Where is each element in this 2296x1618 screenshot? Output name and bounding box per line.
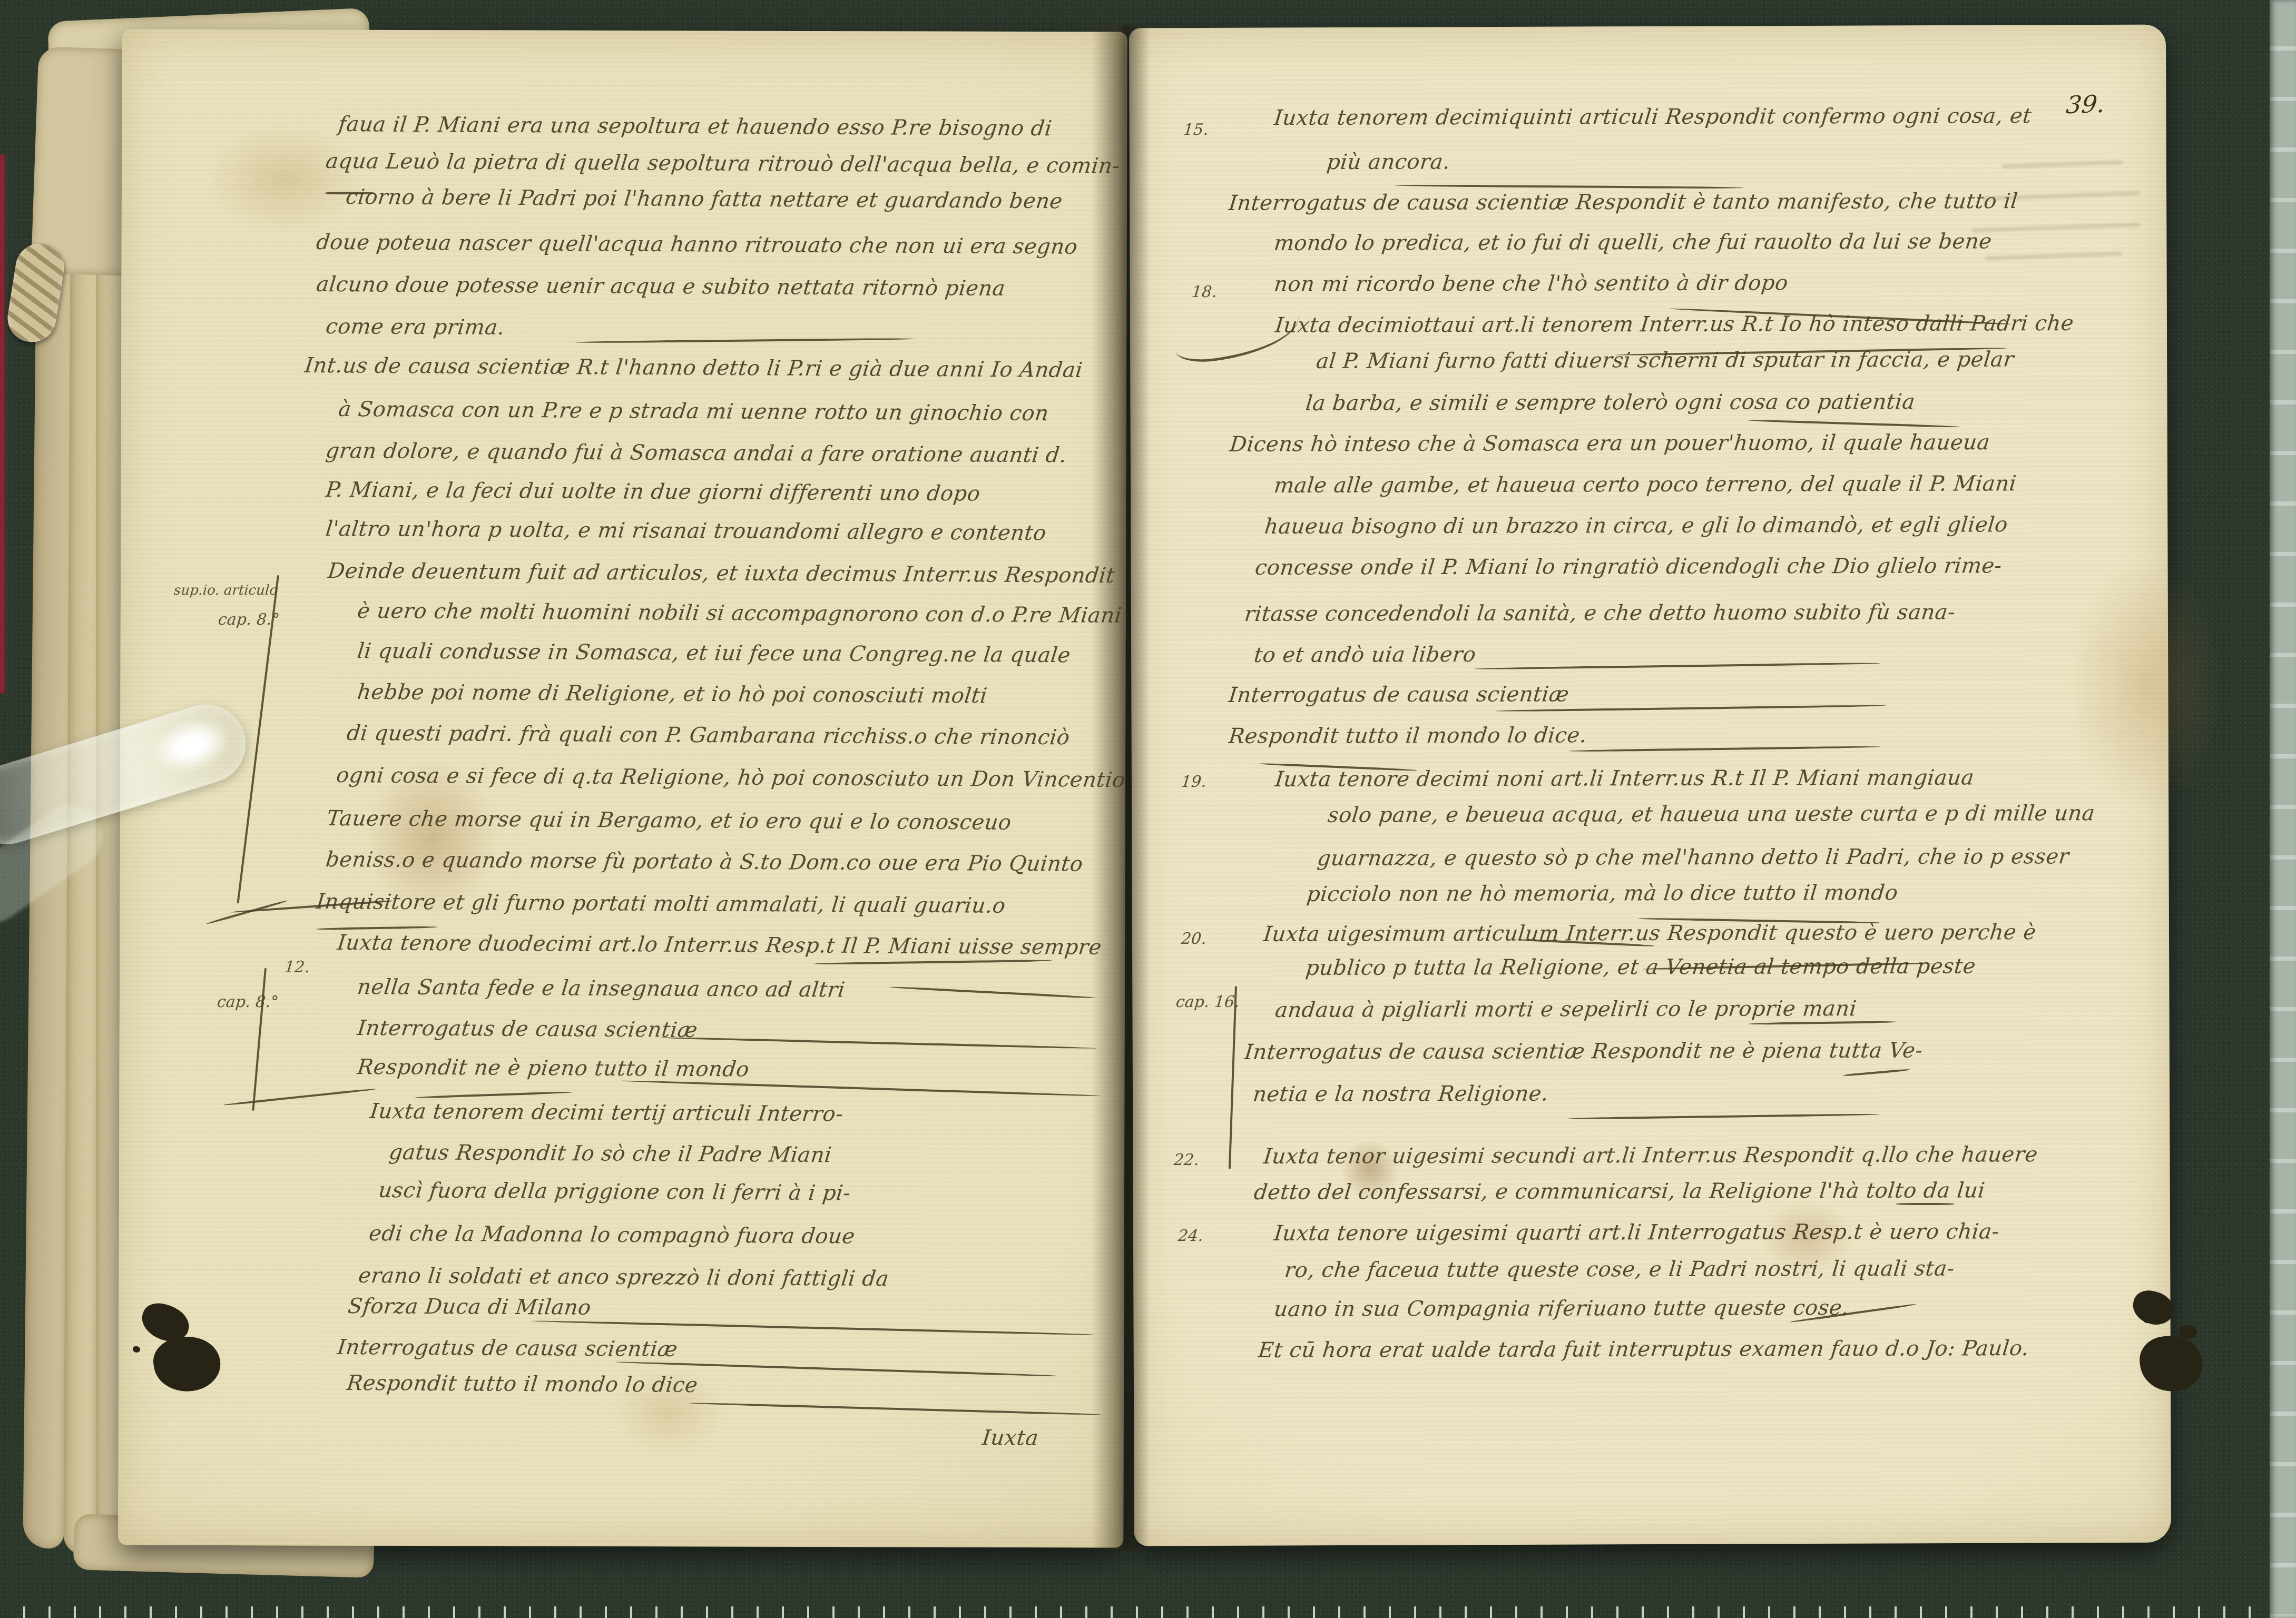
manuscript-line: non mi ricordo bene che l'hò sentito à d… [1273,271,1789,296]
margin-note: 19. [1181,774,1207,790]
manuscript-line: erano li soldati et anco sprezzò li doni… [357,1264,890,1290]
margin-note: 22. [1173,1152,1200,1168]
ink-blot [133,1346,140,1353]
ink-rule [325,192,375,194]
manuscript-line: Et cū hora erat ualde tarda fuit interru… [1257,1337,2030,1362]
manuscript-line: solo pane, e beueua acqua, et haueua una… [1327,802,2096,827]
manuscript-line: la barba, e simili e sempre tolerò ogni … [1304,390,1916,415]
margin-note: 12. [284,960,310,975]
manuscript-line: Iuxta tenor uigesimi secundi art.li Inte… [1262,1143,2039,1168]
manuscript-line: concesse onde il P. Miani lo ringratiò d… [1254,554,2003,579]
manuscript-line: Sforza Duca di Milano [347,1295,592,1319]
manuscript-line: al P. Miani furno fatti diuersi scherni … [1315,348,2015,373]
manuscript-line: Iuxta tenore uigesimi quarti art.li Inte… [1273,1220,2000,1245]
manuscript-line: come era prima. [325,315,506,339]
manuscript-line: l'altro un'hora p uolta, e mi risanai tr… [325,517,1047,545]
manuscript-line: Iuxta tenore decimi noni art.li Interr.u… [1274,766,1975,791]
manuscript-line: Iuxta uigesimum articulum Interr.us Resp… [1262,921,2037,946]
manuscript-line: Interrogatus de causa scientiæ [336,1336,679,1361]
manuscript-line: publico p tutta la Religione, et a Venet… [1304,955,1977,980]
margin-note: 18. [1191,284,1218,300]
ink-blot [2179,1325,2197,1339]
margin-note: 15. [1183,122,1209,138]
manuscript-line: detto del confessarsi, e communicarsi, l… [1253,1179,1986,1204]
manuscript-line: Interrogatus de causa scientiæ Respondit… [1243,1039,1924,1064]
manuscript-line: guarnazza, e questo sò p che mel'hanno d… [1316,845,2071,870]
ruler-ticks [0,1606,2271,1618]
manuscript-line: più ancora. [1326,150,1451,174]
manuscript-line: haueua bisogno di un brazzo in circa, e … [1263,513,2009,538]
manuscript-line: ro, che faceua tutte queste cose, e li P… [1283,1257,1956,1282]
manuscript-line: di questi padri. frà quali con P. Gambar… [346,722,1071,749]
manuscript-line: Respondit tutto il mondo lo dice [346,1372,699,1397]
manuscript-line: Interrogatus de causa scientiæ [356,1017,699,1042]
manuscript-line: ogni cosa e si fece di q.ta Religione, h… [335,764,1126,792]
manuscript-line: hebbe poi nome di Religione, et io hò po… [356,680,988,707]
ink-rule [1896,1203,1955,1205]
manuscript-line: edi che la Madonna lo compagnò fuora dou… [368,1222,856,1248]
manuscript-line: beniss.o e quando morse fù portato à S.t… [325,848,1084,876]
manuscript-line: aqua Leuò la pietra di quella sepoltura … [325,150,1121,177]
manuscript-photo: 39. faua il P. Miani era una sepoltura e… [0,0,2296,1618]
manuscript-line: andaua à pigliarli morti e sepelirli co … [1274,997,1858,1022]
manuscript-line: Int.us de causa scientiæ R.t l'hanno det… [303,354,1084,382]
margin-note: 20. [1181,931,1207,947]
folio-number: 39. [2065,92,2106,117]
manuscript-line: doue poteua nascer quell'acqua hanno rit… [315,231,1079,259]
ruler-strip [2270,0,2296,1618]
manuscript-line: nella Santa fede e la insegnaua anco ad … [356,975,846,1002]
manuscript-line: picciolo non ne hò memoria, mà lo dice t… [1306,881,1899,906]
manuscript-line: male alle gambe, et haueua certo poco te… [1273,472,2017,497]
manuscript-line: alcuno doue potesse uenir acqua e subito… [315,273,1007,300]
manuscript-line: à Somasca con un P.re e p strada mi uenn… [337,398,1050,425]
manuscript-line: Iuxta tenore duodecimi art.lo Interr.us … [336,931,1103,959]
manuscript-line: Tauere che morse qui in Bergamo, et io e… [326,807,1013,834]
manuscript-line: Respondit ne è pieno tutto il mondo [356,1055,751,1081]
manuscript-line: Iuxta tenorem decimiquinti articuli Resp… [1273,104,2033,130]
manuscript-line: ciorno à bere li Padri poi l'hanno fatta… [345,185,1064,213]
manuscript-line: gran dolore, e quando fui à Somasca anda… [325,439,1068,467]
ink-blot [2143,1317,2150,1323]
binding-red-edge [0,155,4,693]
margin-note: cap. 8.° [217,994,279,1010]
manuscript-line: to et andò uia libero [1253,643,1477,667]
manuscript-line: netia e la nostra Religione. [1252,1082,1549,1106]
manuscript-line: mondo lo predica, et io fui di quelli, c… [1273,230,1993,255]
manuscript-line: gatus Respondit Io sò che il Padre Miani [388,1141,833,1167]
manuscript-line: Iuxta decimiottaui art.li tenorem Interr… [1274,312,2075,337]
margin-note: sup.io. articulo [173,584,278,597]
manuscript-line: Interrogatus de causa scientiæ [1228,683,1571,707]
margin-note: cap. 16. [1175,994,1240,1010]
manuscript-line: è uero che molti huomini nobili si accom… [356,599,1123,627]
margin-note: 24. [1178,1228,1204,1244]
manuscript-line: P. Miani, e la feci dui uolte in due gio… [325,478,982,506]
manuscript-line: Iuxta tenorem decimi tertij articuli Int… [369,1100,845,1126]
manuscript-line: Inquisitore et gli furno portati molti a… [315,890,1007,917]
manuscript-line: ritasse concedendoli la sanità, e che de… [1243,600,1956,626]
manuscript-line: Interrogatus de causa scientiæ Respondit… [1228,190,2019,215]
manuscript-line: Respondit tutto il mondo lo dice. [1228,724,1588,748]
manuscript-line: Dicens hò inteso che à Somasca era un po… [1229,431,1991,456]
manuscript-line: faua il P. Miani era una sepoltura et ha… [337,113,1053,140]
manuscript-line: Deinde deuentum fuit ad articulos, et iu… [327,559,1116,587]
manuscript-line: li quali condusse in Somasca, et iui fec… [356,639,1072,667]
manuscript-line: uscì fuora della priggione con li ferri … [377,1179,852,1205]
manuscript-line: uano in sua Compagnia riferiuano tutte q… [1273,1296,1850,1321]
catchword: Iuxta [981,1426,1039,1450]
